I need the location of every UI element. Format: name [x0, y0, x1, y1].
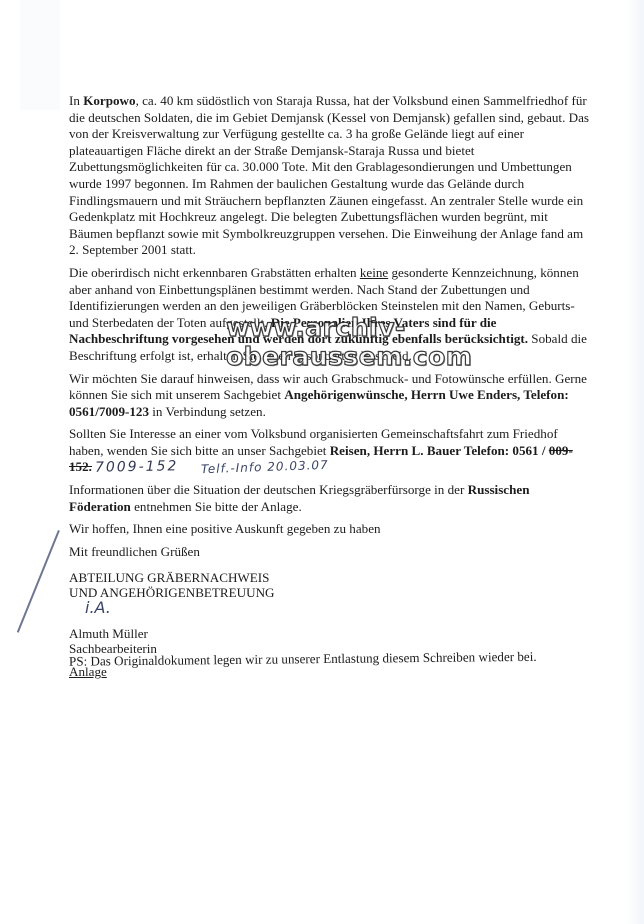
paragraph-travel: Sollten Sie Interesse an einer vom Volks…	[69, 426, 589, 476]
paragraph-korpowo: In Korpowo, ca. 40 km südöstlich von Sta…	[69, 93, 589, 259]
letter-body: In Korpowo, ca. 40 km südöstlich von Sta…	[69, 93, 589, 681]
signer-name: Almuth Müller	[69, 626, 589, 641]
paragraph-info: Informationen über die Situation der deu…	[69, 482, 589, 515]
place-name: Korpowo	[83, 93, 135, 108]
text: , ca. 40 km südöstlich von Staraja Russa…	[69, 93, 589, 257]
scan-edge	[626, 0, 644, 924]
text: In	[69, 93, 83, 108]
department-line: ABTEILUNG GRÄBERNACHWEIS	[69, 570, 589, 585]
handwritten-note: Telf.-Info 20.03.07	[200, 457, 328, 478]
paragraph-hope: Wir hoffen, Ihnen eine positive Auskunft…	[69, 521, 589, 538]
underlined-word: keine	[360, 265, 388, 280]
handwritten-phone: 7009-152	[95, 459, 179, 477]
signature-stroke	[17, 530, 60, 633]
signature-initials: i.A.	[69, 600, 589, 626]
text: Informationen über die Situation der deu…	[69, 482, 468, 497]
text: in Verbindung setzen.	[149, 404, 266, 419]
paragraph-grave-marking: Die oberirdisch nicht erkennbaren Grabst…	[69, 265, 589, 365]
paragraph-grave-decoration: Wir möchten Sie darauf hinweisen, dass w…	[69, 371, 589, 421]
contact-bauer: Reisen, Herrn L. Bauer Telefon: 0561 /	[330, 443, 549, 458]
text: Die oberirdisch nicht erkennbaren Grabst…	[69, 265, 360, 280]
scan-shadow	[20, 0, 60, 110]
department: ABTEILUNG GRÄBERNACHWEIS UND ANGEHÖRIGEN…	[69, 570, 589, 600]
closing: Mit freundlichen Grüßen	[69, 544, 589, 561]
department-line: UND ANGEHÖRIGENBETREUUNG	[69, 585, 589, 600]
text: entnehmen Sie bitte der Anlage.	[131, 499, 302, 514]
